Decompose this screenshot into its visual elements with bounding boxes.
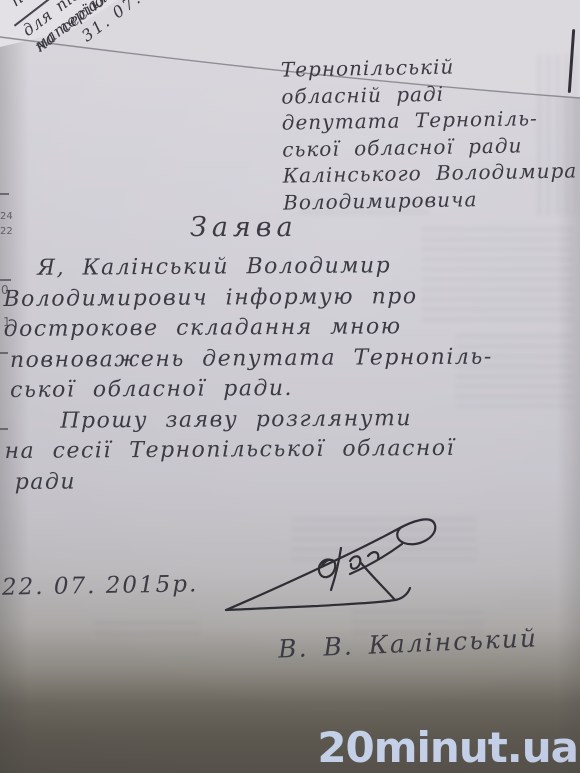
signature-flourish — [198, 506, 450, 624]
statement-title: Заява — [190, 212, 298, 243]
date-text: 22. 07. 2015р. — [2, 571, 199, 600]
recipient-line: депутата Тернопіль- — [282, 104, 578, 136]
body-line: Прошу заяву розглянути — [4, 403, 576, 437]
body-line: на сесії Тернопільської обласної — [4, 433, 576, 467]
body-line: повноважень депутата Тернопіль- — [4, 342, 576, 376]
margin-mark: 22 — [0, 226, 13, 237]
body-line: Я, Калінський Володимир — [3, 250, 575, 284]
recipient-line: Калінського Володимира — [282, 157, 578, 189]
body-line: Володимирович інформую про — [3, 281, 575, 315]
margin-tick — [0, 193, 9, 195]
watermark-text: 20minut.ua — [317, 723, 578, 772]
photo-of-handwritten-statement: 24 22 0 1 Тернопільській обласній раді д… — [0, 0, 580, 773]
recipient-line: Володимировича — [283, 184, 579, 216]
statement-body: Я, Калінський Володимир Володимирович ін… — [3, 250, 577, 498]
body-line: ради — [5, 464, 577, 498]
bleedthrough-ghost — [95, 622, 200, 639]
recipient-block: Тернопільській обласній раді депутата Те… — [281, 51, 580, 215]
signer-name: В. В. Калінський — [277, 623, 538, 663]
margin-mark: 24 — [0, 211, 13, 222]
body-line: дострокове складання мною — [4, 311, 576, 345]
body-line: ської обласної ради. — [4, 372, 576, 406]
